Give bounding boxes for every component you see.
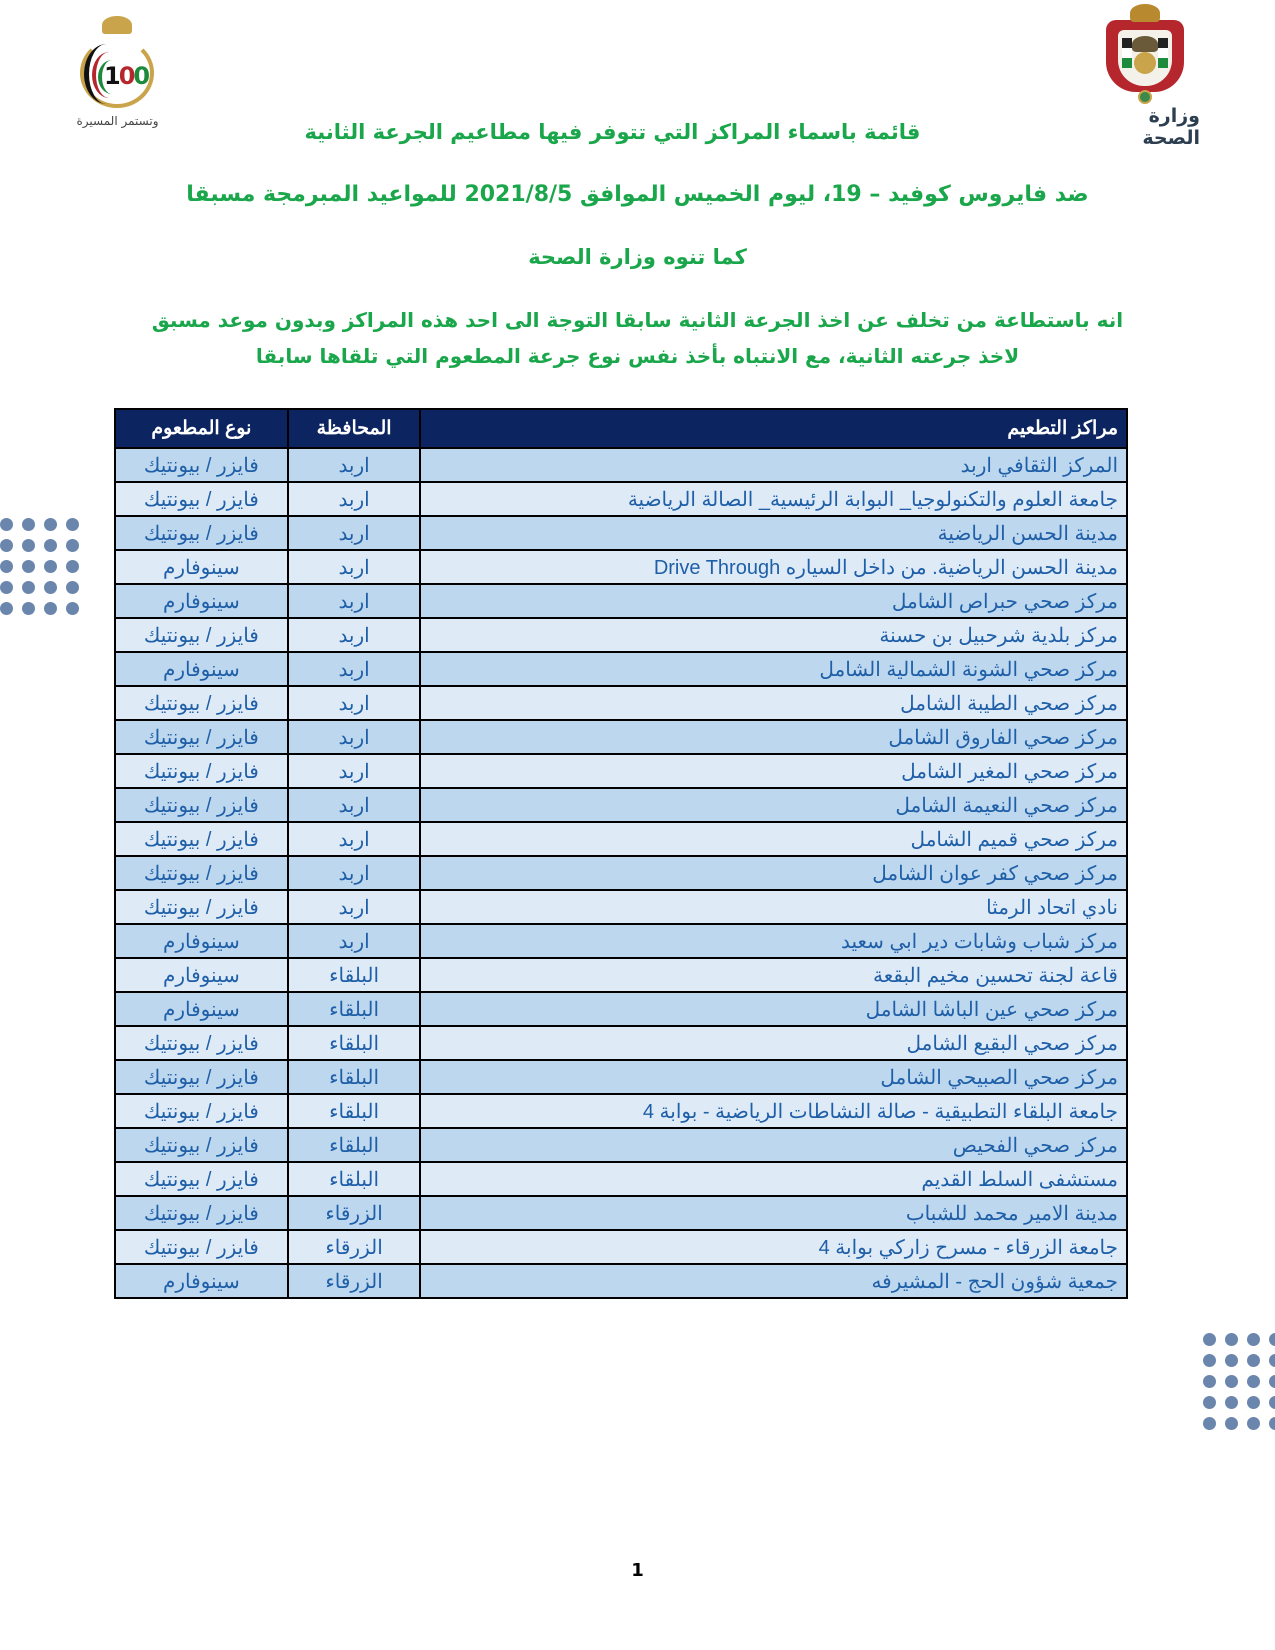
vaccine-type: فايزر / بيونتيك [115,482,288,516]
document-title-line-3: كما تنوه وزارة الصحة [0,245,1275,269]
center-name: مركز صحي الفحيص [420,1128,1127,1162]
governorate: الزرقاء [288,1264,421,1298]
governorate: اربد [288,516,421,550]
vaccine-type: فايزر / بيونتيك [115,1196,288,1230]
vaccine-type: سينوفارم [115,992,288,1026]
governorate: اربد [288,788,421,822]
vaccination-centers-table: مراكز التطعيم المحافظة نوع المطعوم المرك… [114,408,1128,1299]
center-name: المركز الثقافي اربد [420,448,1127,482]
table-row: مركز صحي عين الباشا الشاملالبلقاءسينوفار… [115,992,1127,1026]
column-header-governorate: المحافظة [288,409,421,448]
center-name: مدينة الحسن الرياضية [420,516,1127,550]
center-name: مركز صحي الشونة الشمالية الشامل [420,652,1127,686]
table-row: جامعة البلقاء التطبيقية - صالة النشاطات … [115,1094,1127,1128]
vaccine-type: فايزر / بيونتيك [115,1230,288,1264]
table-row: مركز صحي المغير الشاملاربدفايزر / بيونتي… [115,754,1127,788]
center-name: مركز بلدية شرحبيل بن حسنة [420,618,1127,652]
vaccine-type: فايزر / بيونتيك [115,1162,288,1196]
column-header-center: مراكز التطعيم [420,409,1127,448]
table-row: جمعية شؤون الحج - المشيرفهالزرقاءسينوفار… [115,1264,1127,1298]
table-row: مركز صحي البقيع الشاملالبلقاءفايزر / بيو… [115,1026,1127,1060]
governorate: اربد [288,482,421,516]
crown-icon [102,16,132,34]
table-row: مركز بلدية شرحبيل بن حسنةاربدفايزر / بيو… [115,618,1127,652]
centennial-logo: 100 وتستمر المسيرة [70,10,165,130]
table-row: مركز صحي كفر عوان الشاملاربدفايزر / بيون… [115,856,1127,890]
governorate: البلقاء [288,1060,421,1094]
vaccine-type: فايزر / بيونتيك [115,856,288,890]
vaccine-type: فايزر / بيونتيك [115,890,288,924]
table-row: مركز صحي الفحيصالبلقاءفايزر / بيونتيك [115,1128,1127,1162]
center-name: مركز شباب وشابات دير ابي سعيد [420,924,1127,958]
center-name: جامعة العلوم والتكنولوجيا_ البوابة الرئي… [420,482,1127,516]
vaccine-type: فايزر / بيونتيك [115,822,288,856]
governorate: البلقاء [288,1162,421,1196]
vaccine-type: سينوفارم [115,584,288,618]
governorate: اربد [288,856,421,890]
table-row: مستشفى السلط القديمالبلقاءفايزر / بيونتي… [115,1162,1127,1196]
table-row: مركز صحي الطيبة الشاملاربدفايزر / بيونتي… [115,686,1127,720]
table-row: مركز صحي قميم الشاملاربدفايزر / بيونتيك [115,822,1127,856]
table-row: مركز صحي الصبيحي الشاملالبلقاءفايزر / بي… [115,1060,1127,1094]
center-name: مركز صحي المغير الشامل [420,754,1127,788]
center-name: مركز صحي الفاروق الشامل [420,720,1127,754]
vaccine-type: فايزر / بيونتيك [115,516,288,550]
governorate: البلقاء [288,1026,421,1060]
center-name: مركز صحي الطيبة الشامل [420,686,1127,720]
table-row: نادي اتحاد الرمثااربدفايزر / بيونتيك [115,890,1127,924]
governorate: الزرقاء [288,1230,421,1264]
center-name: جامعة الزرقاء - مسرح زاركي بوابة 4 [420,1230,1127,1264]
vaccine-type: فايزر / بيونتيك [115,754,288,788]
governorate: اربد [288,550,421,584]
table-row: مركز صحي الفاروق الشاملاربدفايزر / بيونت… [115,720,1127,754]
center-name: مدينة الحسن الرياضية. من داخل السياره Dr… [420,550,1127,584]
table-row: مركز شباب وشابات دير ابي سعيداربدسينوفار… [115,924,1127,958]
center-name: مركز صحي النعيمة الشامل [420,788,1127,822]
table-row: مدينة الحسن الرياضية. من داخل السياره Dr… [115,550,1127,584]
vaccine-type: فايزر / بيونتيك [115,1060,288,1094]
governorate: اربد [288,822,421,856]
vaccine-type: فايزر / بيونتيك [115,686,288,720]
center-name: مركز صحي كفر عوان الشامل [420,856,1127,890]
page-number: 1 [0,1560,1275,1581]
center-name: مركز صحي قميم الشامل [420,822,1127,856]
decorative-dot-grid-right [1203,1333,1275,1430]
vaccine-type: سينوفارم [115,924,288,958]
vaccine-type: فايزر / بيونتيك [115,1094,288,1128]
center-name: نادي اتحاد الرمثا [420,890,1127,924]
table-row: مركز صحي الشونة الشمالية الشاملاربدسينوف… [115,652,1127,686]
governorate: اربد [288,754,421,788]
notice-paragraph: انه باستطاعة من تخلف عن اخذ الجرعة الثان… [150,302,1125,374]
governorate: اربد [288,686,421,720]
governorate: اربد [288,924,421,958]
center-name: جمعية شؤون الحج - المشيرفه [420,1264,1127,1298]
vaccine-type: سينوفارم [115,958,288,992]
decorative-dot-grid-left [0,518,79,615]
governorate: البلقاء [288,958,421,992]
governorate: الزرقاء [288,1196,421,1230]
vaccine-type: سينوفارم [115,550,288,584]
table-row: قاعة لجنة تحسين مخيم البقعةالبلقاءسينوفا… [115,958,1127,992]
vaccine-type: فايزر / بيونتيك [115,1128,288,1162]
center-name: قاعة لجنة تحسين مخيم البقعة [420,958,1127,992]
jordan-coat-of-arms-icon [1102,4,1188,93]
document-title-line-1: قائمة باسماء المراكز التي تتوفر فيها مطا… [0,120,1250,144]
governorate: البلقاء [288,992,421,1026]
governorate: البلقاء [288,1128,421,1162]
center-name: مركز صحي حبراص الشامل [420,584,1127,618]
table-row: جامعة الزرقاء - مسرح زاركي بوابة 4الزرقا… [115,1230,1127,1264]
center-name: مركز صحي البقيع الشامل [420,1026,1127,1060]
center-name: جامعة البلقاء التطبيقية - صالة النشاطات … [420,1094,1127,1128]
governorate: اربد [288,890,421,924]
table-header-row: مراكز التطعيم المحافظة نوع المطعوم [115,409,1127,448]
table-row: جامعة العلوم والتكنولوجيا_ البوابة الرئي… [115,482,1127,516]
table-row: مركز صحي حبراص الشاملاربدسينوفارم [115,584,1127,618]
table-row: مدينة الحسن الرياضيةاربدفايزر / بيونتيك [115,516,1127,550]
governorate: اربد [288,720,421,754]
vaccine-type: فايزر / بيونتيك [115,448,288,482]
center-name: مستشفى السلط القديم [420,1162,1127,1196]
vaccine-type: فايزر / بيونتيك [115,1026,288,1060]
table-row: المركز الثقافي اربداربدفايزر / بيونتيك [115,448,1127,482]
document-title-line-2: ضد فايروس كوفيد – 19، ليوم الخميس المواف… [0,182,1275,207]
governorate: اربد [288,652,421,686]
vaccine-type: فايزر / بيونتيك [115,788,288,822]
center-name: مركز صحي عين الباشا الشامل [420,992,1127,1026]
centennial-number: 100 [104,62,148,90]
governorate: اربد [288,618,421,652]
center-name: مركز صحي الصبيحي الشامل [420,1060,1127,1094]
governorate: البلقاء [288,1094,421,1128]
center-name: مدينة الامير محمد للشباب [420,1196,1127,1230]
table-row: مدينة الامير محمد للشبابالزرقاءفايزر / ب… [115,1196,1127,1230]
vaccine-type: فايزر / بيونتيك [115,618,288,652]
governorate: اربد [288,448,421,482]
column-header-vaccine: نوع المطعوم [115,409,288,448]
vaccine-type: فايزر / بيونتيك [115,720,288,754]
governorate: اربد [288,584,421,618]
vaccine-type: سينوفارم [115,652,288,686]
table-row: مركز صحي النعيمة الشاملاربدفايزر / بيونت… [115,788,1127,822]
vaccine-type: سينوفارم [115,1264,288,1298]
